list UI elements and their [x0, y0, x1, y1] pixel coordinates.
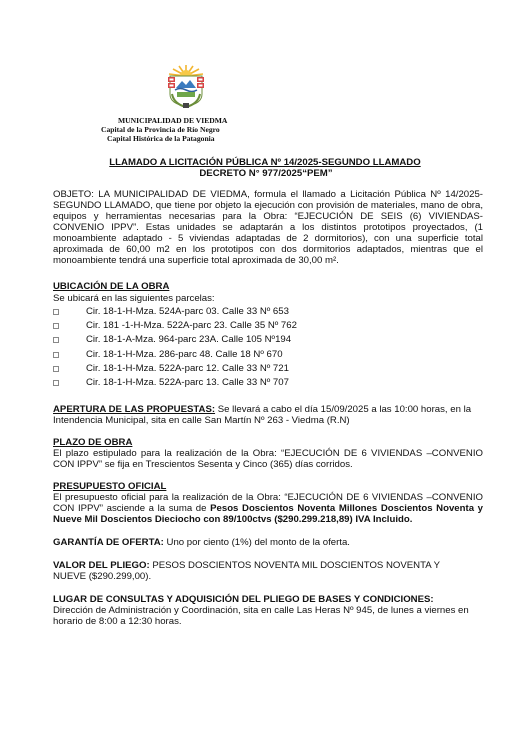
parcel-list: Cir. 18-1-H-Mza. 524A-parc 03. Calle 33 …	[53, 305, 483, 390]
section-lugar: LUGAR DE CONSULTAS Y ADQUISICIÓN DEL PLI…	[53, 594, 483, 627]
parcel-item: Cir. 181 -1-H-Mza. 522A-parc 23. Calle 3…	[53, 319, 483, 333]
parcel-item: Cir. 18-1-A-Mza. 964-parc 23A. Calle 105…	[53, 333, 483, 347]
parcel-item: Cir. 18-1-H-Mza. 286-parc 48. Calle 18 N…	[53, 348, 483, 362]
lugar-heading: LUGAR DE CONSULTAS Y ADQUISICIÓN DEL PLI…	[53, 594, 483, 605]
title-line-2: DECRETO N° 977/2025“PEM”	[1, 168, 530, 179]
parcel-item: Cir. 18-1-H-Mza. 524A-parc 03. Calle 33 …	[53, 305, 483, 319]
checkbox-square-icon	[53, 323, 59, 329]
plazo-text: El plazo estipulado para la realización …	[53, 448, 483, 470]
municipal-coat-of-arms-icon	[164, 64, 208, 110]
municipality-subtitle-2: Capital Histórica de la Patagonia	[107, 134, 215, 143]
section-valor-pliego: VALOR DEL PLIEGO: PESOS DOSCIENTOS NOVEN…	[53, 560, 483, 582]
lugar-text: Dirección de Administración y Coordinaci…	[53, 605, 483, 627]
parcel-item: Cir. 18-1-H-Mza. 522A-parc 12. Calle 33 …	[53, 362, 483, 376]
parcel-item: Cir. 18-1-H-Mza. 522A-parc 13. Calle 33 …	[53, 376, 483, 390]
valor-pliego-label: VALOR DEL PLIEGO:	[53, 560, 150, 571]
garantia-text: Uno por ciento (1%) del monto de la ofer…	[164, 537, 350, 548]
section-garantia: GARANTÍA DE OFERTA: Uno por ciento (1%) …	[53, 537, 483, 548]
checkbox-square-icon	[53, 380, 59, 386]
document-title: LLAMADO A LICITACIÓN PÚBLICA Nº 14/2025-…	[0, 157, 530, 179]
document-body: OBJETO: LA MUNICIPALIDAD DE VIEDMA, form…	[53, 189, 483, 627]
checkbox-square-icon	[53, 352, 59, 358]
municipality-name: MUNICIPALIDAD DE VIEDMA	[118, 116, 227, 125]
plazo-heading: PLAZO DE OBRA	[53, 437, 483, 448]
objeto-paragraph: OBJETO: LA MUNICIPALIDAD DE VIEDMA, form…	[53, 189, 483, 266]
checkbox-square-icon	[53, 366, 59, 372]
apertura-heading: APERTURA DE LAS PROPUESTAS:	[53, 404, 215, 415]
checkbox-square-icon	[53, 309, 59, 315]
ubicacion-intro: Se ubicará en las siguientes parcelas:	[53, 292, 483, 305]
section-apertura: APERTURA DE LAS PROPUESTAS: Se llevará a…	[53, 404, 483, 426]
section-ubicacion: UBICACIÓN DE LA OBRA Se ubicará en las s…	[53, 281, 483, 390]
checkbox-square-icon	[53, 337, 59, 343]
garantia-label: GARANTÍA DE OFERTA:	[53, 537, 164, 548]
ubicacion-heading: UBICACIÓN DE LA OBRA	[53, 281, 483, 292]
section-presupuesto: PRESUPUESTO OFICIAL El presupuesto ofici…	[53, 481, 483, 525]
presupuesto-text: El presupuesto oficial para la realizaci…	[53, 492, 483, 525]
title-line-1: LLAMADO A LICITACIÓN PÚBLICA Nº 14/2025-…	[0, 157, 530, 168]
presupuesto-heading: PRESUPUESTO OFICIAL	[53, 481, 483, 492]
section-plazo: PLAZO DE OBRA El plazo estipulado para l…	[53, 437, 483, 470]
municipality-subtitle-1: Capital de la Provincia de Río Negro	[101, 125, 220, 134]
document-page: MUNICIPALIDAD DE VIEDMA Capital de la Pr…	[0, 0, 530, 750]
